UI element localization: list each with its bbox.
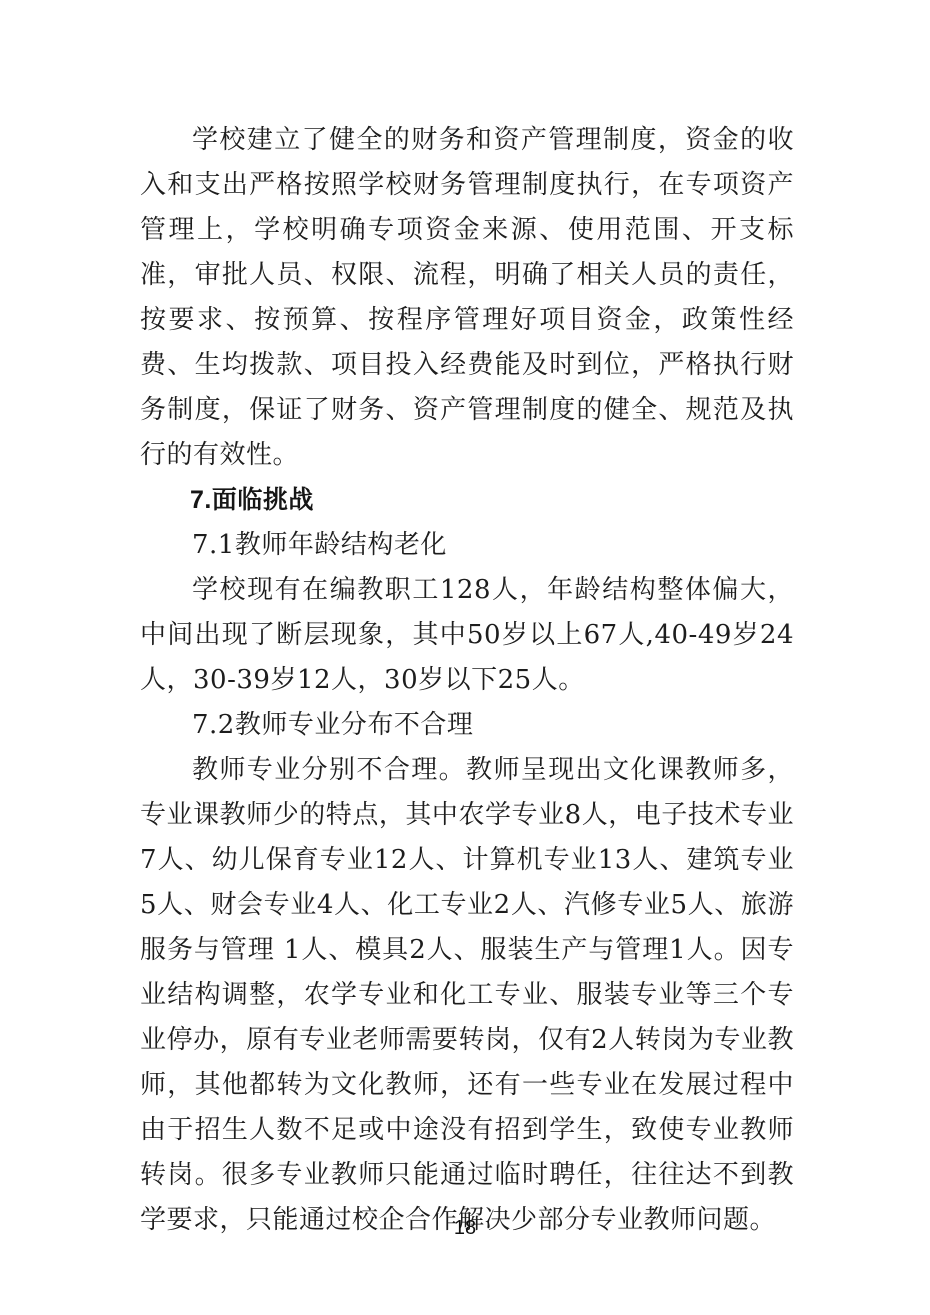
paragraph-teacher-specialty-distribution: 教师专业分别不合理。教师呈现出文化课教师多，专业课教师少的特点，其中农学专业8人… — [140, 748, 794, 1243]
paragraph-finance-management: 学校建立了健全的财务和资产管理制度，资金的收入和支出严格按照学校财务管理制度执行… — [140, 118, 794, 478]
document-body: 学校建立了健全的财务和资产管理制度，资金的收入和支出严格按照学校财务管理制度执行… — [140, 118, 794, 1243]
heading-challenges: 7.面临挑战 — [140, 478, 794, 523]
page-number: 18 — [0, 1215, 930, 1241]
paragraph-teacher-age-structure: 学校现有在编教职工128人，年龄结构整体偏大，中间出现了断层现象，其中50岁以上… — [140, 568, 794, 703]
document-page: 学校建立了健全的财务和资产管理制度，资金的收入和支出严格按照学校财务管理制度执行… — [0, 0, 930, 1315]
heading-teacher-age-structure: 7.1教师年龄结构老化 — [140, 523, 794, 568]
heading-teacher-specialty-distribution: 7.2教师专业分布不合理 — [140, 703, 794, 748]
